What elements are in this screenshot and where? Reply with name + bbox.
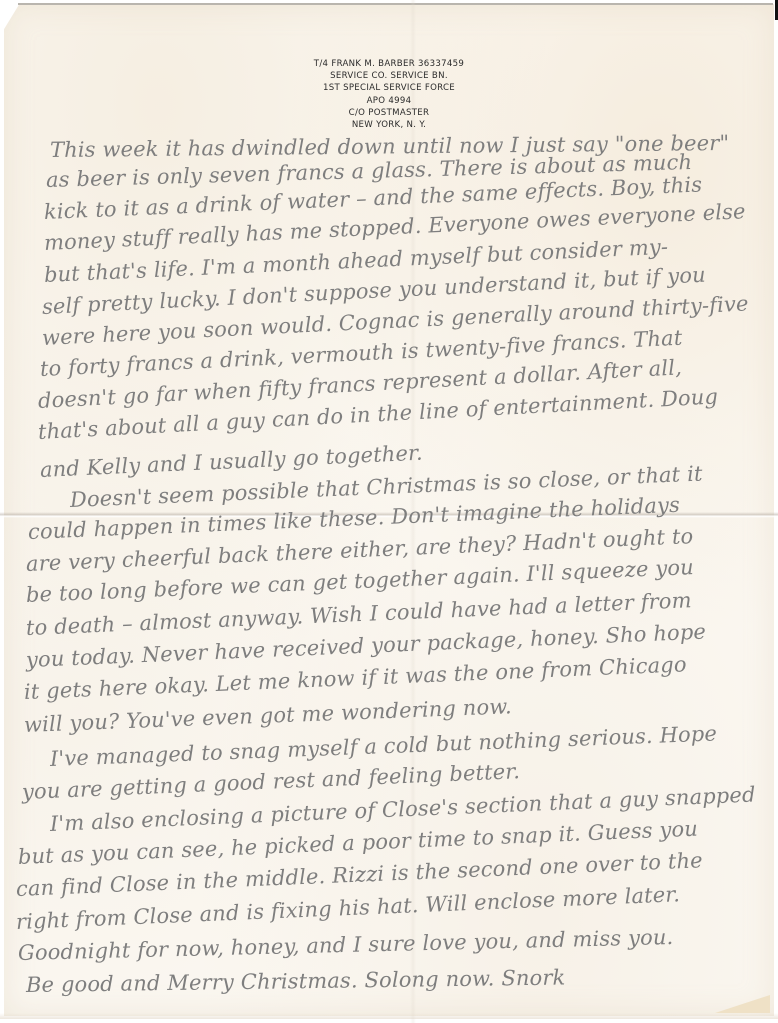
letter-line: Goodnight for now, honey, and I sure lov… <box>18 925 674 965</box>
letter-signoff: Be good and Merry Christmas. Solong now.… <box>26 965 566 997</box>
letter-body: This week it has dwindled down until now… <box>0 0 778 1023</box>
